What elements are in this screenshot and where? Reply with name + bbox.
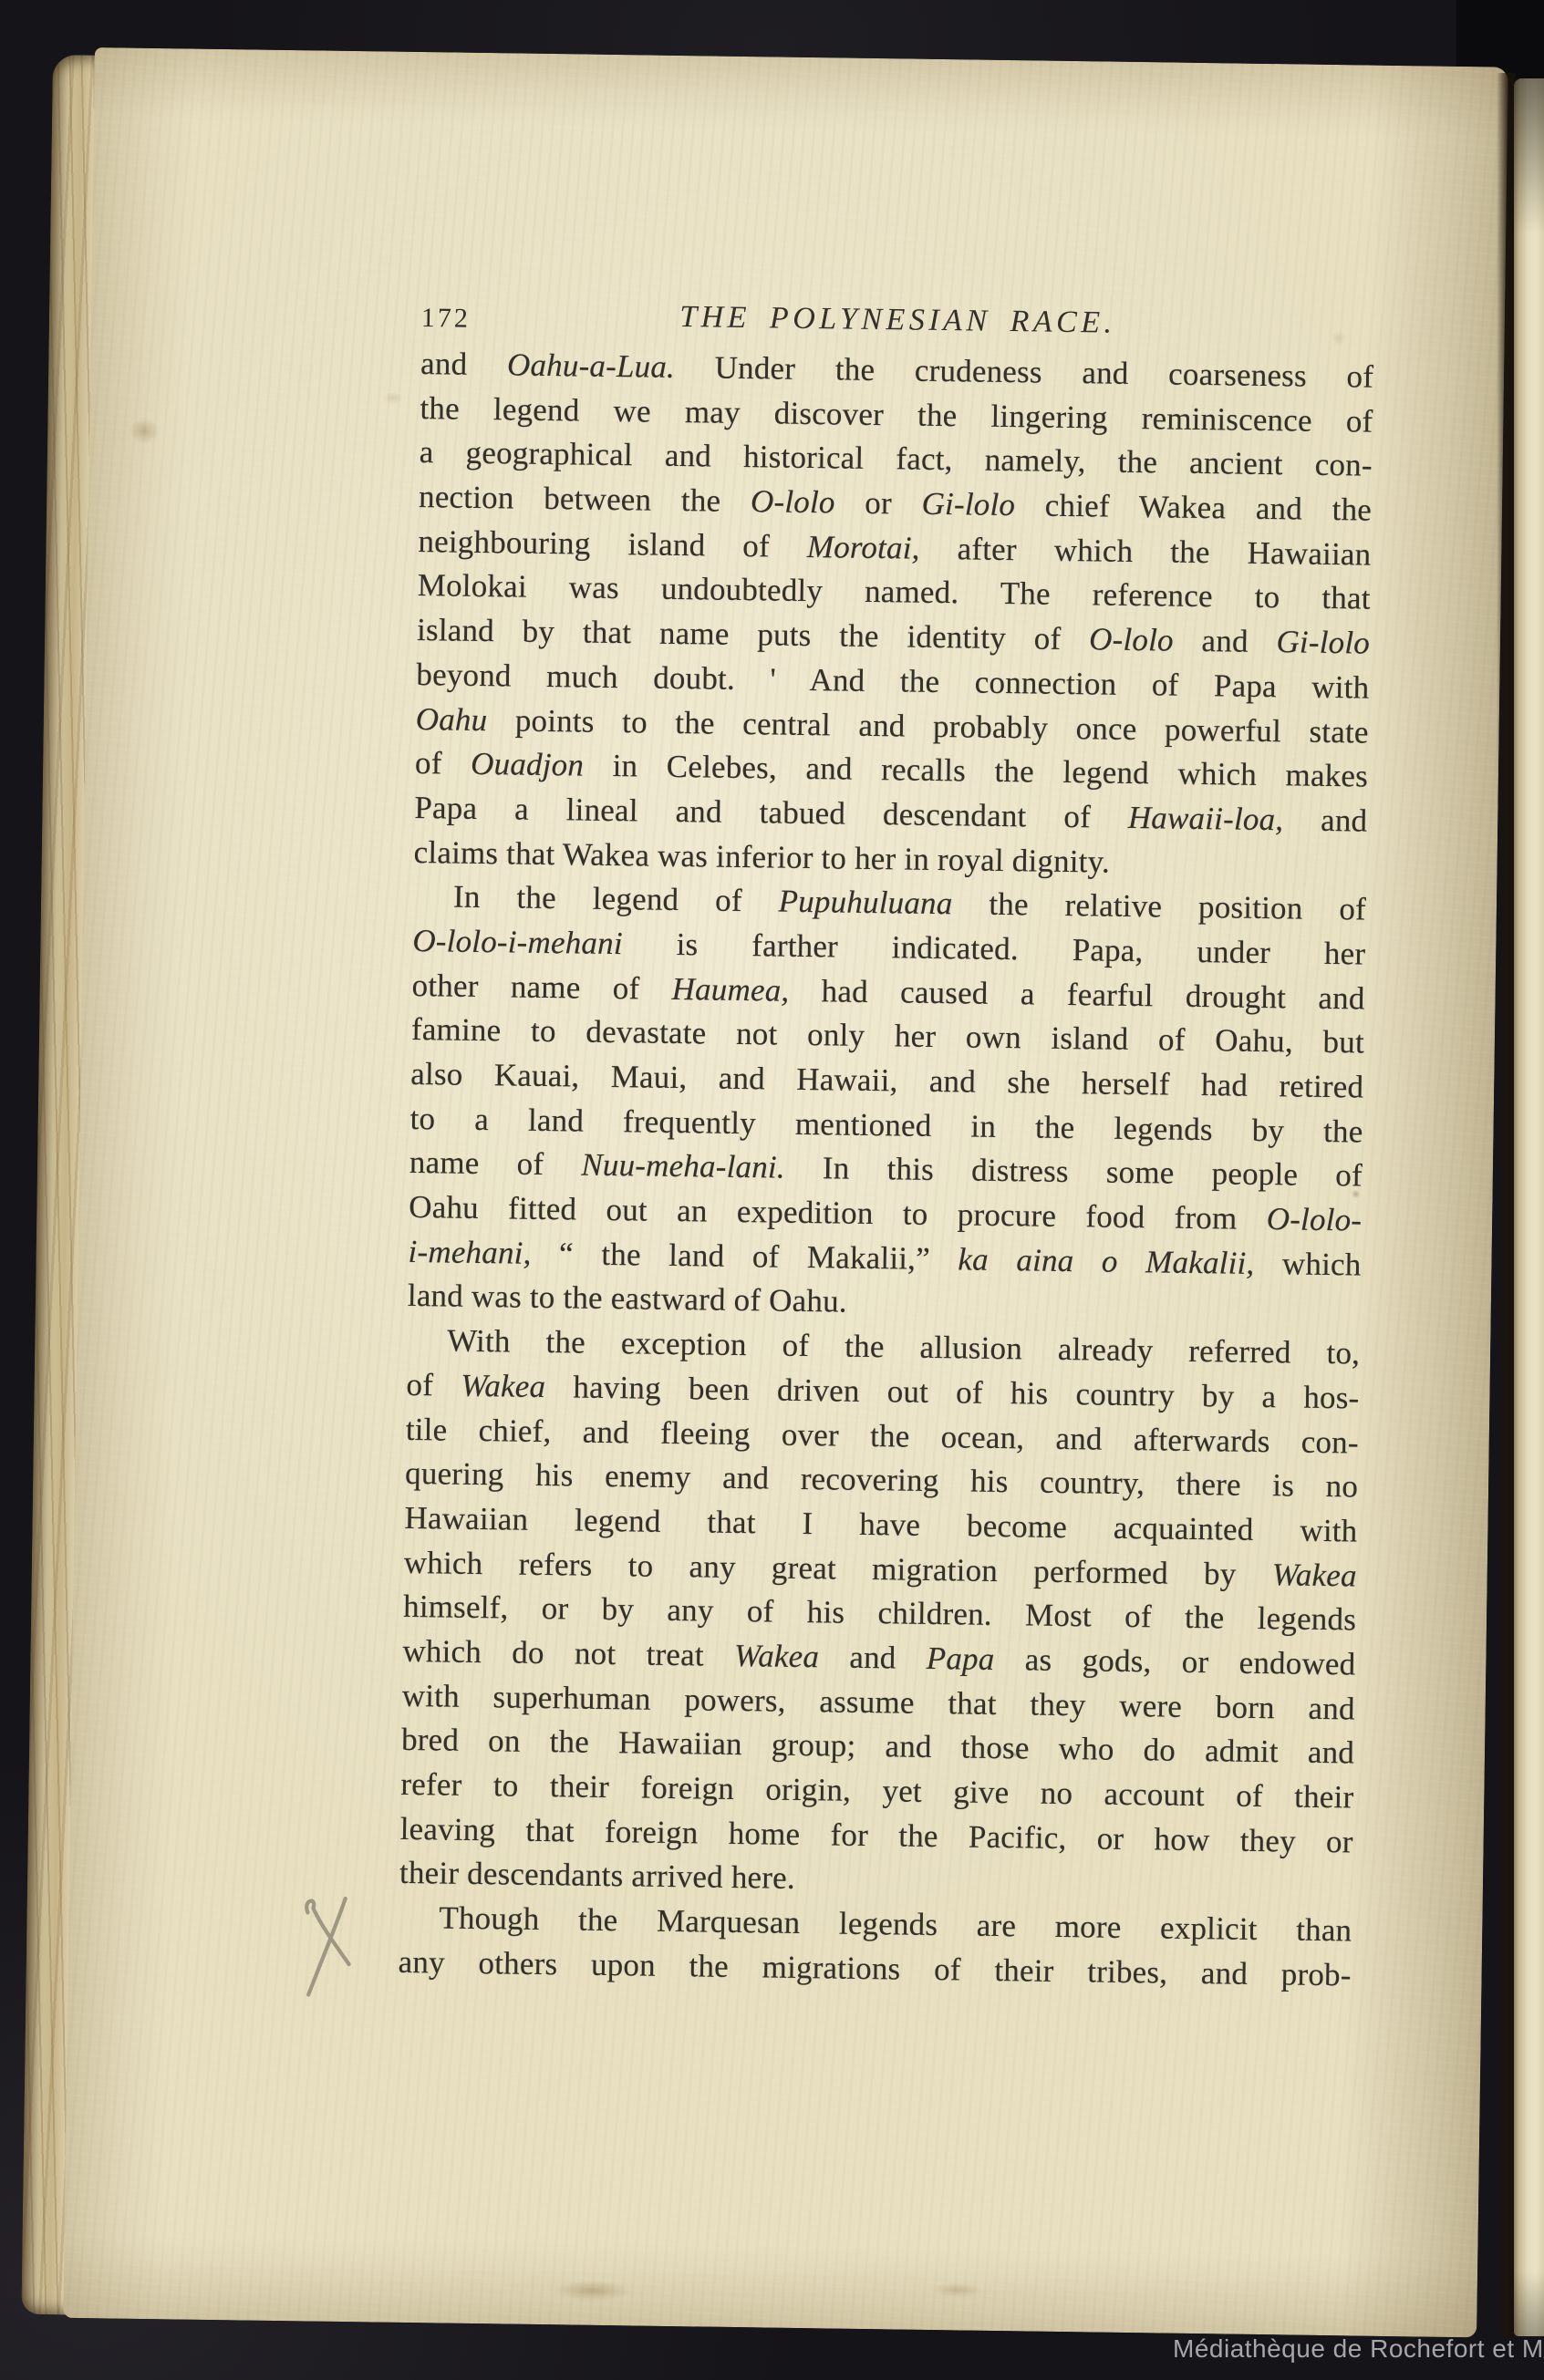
book-scan: 172 THE POLYNESIAN RACE. and Oahu-a-Lua.…: [0, 0, 1544, 2380]
running-title: THE POLYNESIAN RACE.: [421, 296, 1374, 345]
page-number: 172: [421, 303, 471, 335]
body-text: and Oahu-a-Lua. Under the crudeness and …: [398, 342, 1373, 1998]
watermark: Médiathèque de Rochefort et MAP: [1173, 2334, 1538, 2364]
pencil-x-mark: [294, 1890, 359, 1999]
gutter-shadow: [1497, 73, 1516, 2336]
facing-page-edge: [1514, 78, 1544, 2336]
book-page: 172 THE POLYNESIAN RACE. and Oahu-a-Lua.…: [63, 47, 1508, 2337]
